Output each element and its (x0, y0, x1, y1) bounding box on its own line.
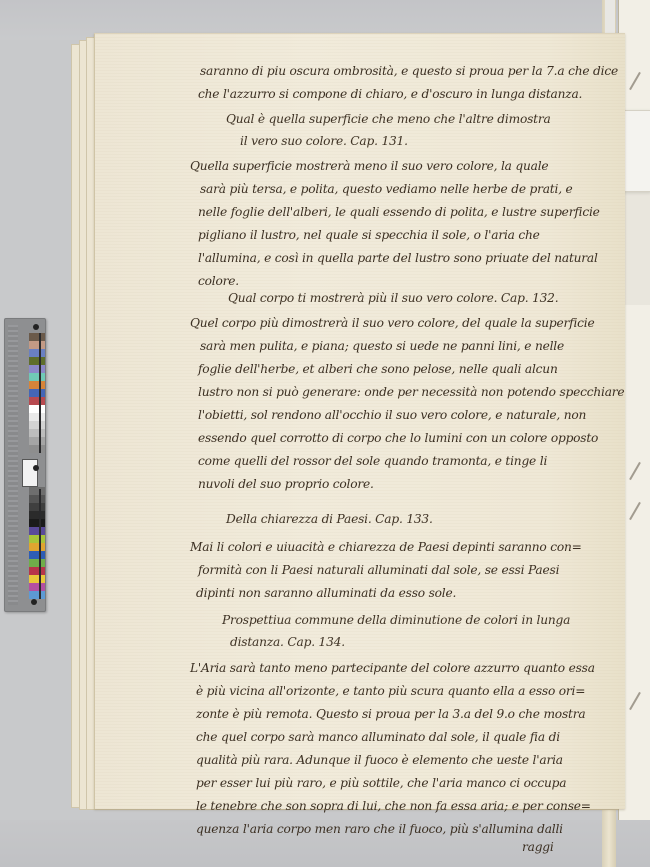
card-label (22, 459, 38, 487)
text-line: zonte è più remota. Questo si proua per … (196, 703, 585, 726)
color-calibration-card (4, 318, 46, 612)
color-swatch (29, 527, 45, 535)
chapter-heading-line: Della chiarezza di Paesi. Cap. 133. (226, 508, 433, 531)
color-swatch (29, 429, 45, 437)
color-swatch (29, 389, 45, 397)
color-swatch (29, 567, 45, 575)
text-line: essendo quel corrotto di corpo che lo lu… (198, 427, 598, 450)
card-ruler-top (39, 333, 41, 453)
text-line: sarà men pulita, e piana; questo si uede… (200, 335, 564, 358)
chapter-heading-line: Prospettiua commune della diminutione de… (222, 609, 570, 632)
text-line: qualità più rara. Adunque il fuoco è ele… (196, 749, 563, 772)
color-swatch (29, 503, 45, 511)
color-swatch (29, 511, 45, 519)
color-swatch (29, 405, 45, 413)
color-swatch (29, 381, 45, 389)
chapter-heading-line: distanza. Cap. 134. (230, 631, 345, 654)
color-swatch (29, 349, 45, 357)
color-swatch (29, 495, 45, 503)
text-line: nuvoli del suo proprio colore. (198, 473, 374, 496)
text-line: pigliano il lustro, nel quale si specchi… (198, 224, 540, 247)
text-line: Quel corpo più dimostrerà il suo vero co… (190, 312, 595, 335)
card-registration-dot-middle (33, 465, 39, 471)
color-swatch (29, 445, 45, 453)
text-line: che quel corpo sarà manco alluminato dal… (196, 726, 560, 749)
color-swatch (29, 519, 45, 527)
text-line: Quella superficie mostrerà meno il suo v… (190, 155, 548, 178)
color-swatch (29, 551, 45, 559)
facing-page-ink (629, 692, 641, 710)
text-line: foglie dell'herbe, et alberi che sono pe… (198, 358, 558, 381)
text-line: formità con li Paesi naturali alluminati… (198, 559, 559, 582)
text-line: nelle foglie dell'alberi, le quali essen… (198, 201, 600, 224)
color-swatch (29, 365, 45, 373)
text-line: saranno di piu oscura ombrosità, e quest… (200, 60, 618, 83)
text-line: come quelli del rossor del sole quando t… (198, 450, 547, 473)
card-scale-markings (8, 325, 18, 605)
facing-page-ink (629, 72, 641, 90)
chapter-heading-line: Qual è quella superficie che meno che l'… (226, 108, 551, 131)
text-line: che l'azzurro si compone di chiaro, e d'… (198, 83, 582, 106)
text-line: le tenebre che son sopra di lui, che non… (196, 795, 591, 818)
color-swatch (29, 535, 45, 543)
color-swatch (29, 591, 45, 599)
text-line: l'obietti, sol rendono all'occhio il suo… (198, 404, 586, 427)
color-swatch (29, 437, 45, 445)
card-ruler-bottom (39, 489, 41, 599)
card-registration-dot-top (33, 324, 39, 330)
text-line: quenza l'aria corpo men raro che il fuoc… (196, 818, 563, 841)
facing-page-ink (629, 462, 641, 480)
catchword: raggi (522, 836, 554, 859)
facing-page-ink (629, 502, 641, 520)
color-swatch (29, 575, 45, 583)
text-line: L'Aria sarà tanto meno partecipante del … (190, 657, 595, 680)
color-swatch (29, 357, 45, 365)
chapter-heading-line: Qual corpo ti mostrerà più il suo vero c… (228, 287, 558, 310)
color-swatch (29, 487, 45, 495)
color-swatch-strip-top (29, 333, 45, 453)
chapter-heading-line: il vero suo colore. Cap. 131. (240, 130, 408, 153)
text-line: dipinti non saranno alluminati da esso s… (196, 582, 456, 605)
text-line: l'allumina, e così in quella parte del l… (198, 247, 598, 270)
color-swatch (29, 333, 45, 341)
text-line: lustro non si può generare: onde per nec… (198, 381, 624, 404)
text-line: è più vicina all'orizonte, e tanto più s… (196, 680, 585, 703)
color-swatch (29, 421, 45, 429)
color-swatch-strip-bottom (29, 487, 45, 599)
color-swatch (29, 583, 45, 591)
color-swatch (29, 397, 45, 405)
color-swatch (29, 413, 45, 421)
text-line: Mai li colori e uiuacità e chiarezza de … (190, 536, 582, 559)
color-swatch (29, 543, 45, 551)
card-registration-dot-bottom (31, 599, 37, 605)
color-swatch (29, 373, 45, 381)
text-line: per esser lui più raro, e più sottile, c… (196, 772, 566, 795)
text-line: sarà più tersa, e polita, questo vediamo… (200, 178, 573, 201)
color-swatch (29, 559, 45, 567)
color-swatch (29, 341, 45, 349)
